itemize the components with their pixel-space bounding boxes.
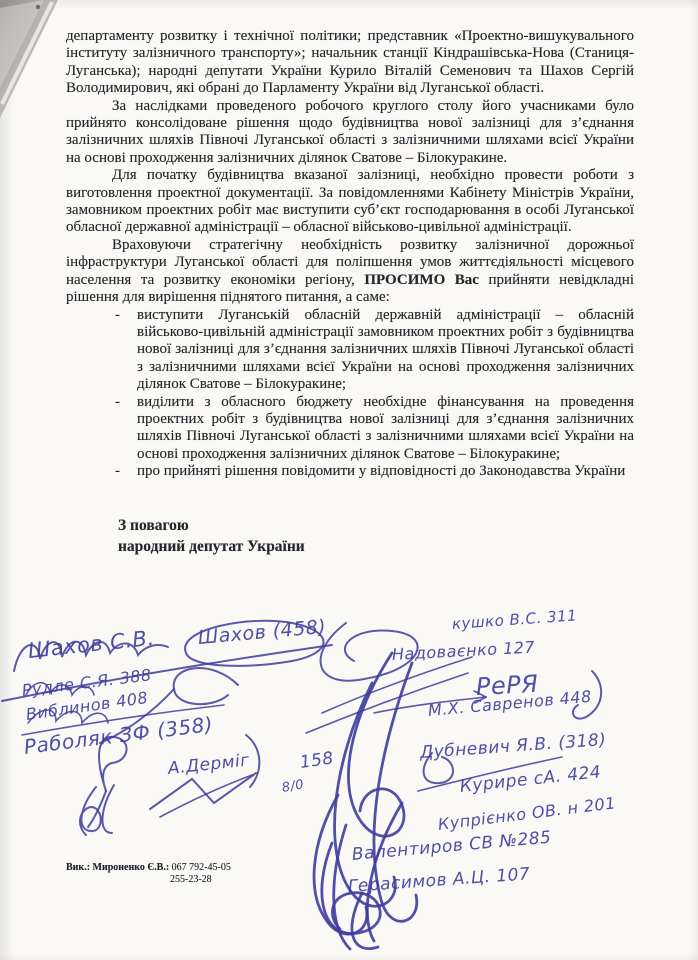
paragraph-decision: За наслідками проведеного робочого кругл… <box>66 98 634 168</box>
list-dash: - <box>115 394 137 464</box>
signatures-layer: Шахов С.В.Шахов (458)Рудле С.Я. 388Вибли… <box>0 595 698 960</box>
paragraph-documentation: Для початку будівництва вказаної залізни… <box>66 167 634 237</box>
scanned-document-page: департаменту розвитку і технічної політи… <box>0 0 698 960</box>
paragraph-request: Враховуючи стратегічну необхідність розв… <box>66 237 634 307</box>
list-dash: - <box>115 463 137 480</box>
page-fold-artifact <box>0 0 72 126</box>
list-item: - виступити Луганській обласній державні… <box>115 307 634 394</box>
request-list: - виступити Луганській обласній державні… <box>66 307 634 481</box>
closing-title: народний депутат України <box>118 536 634 557</box>
closing-block: З повагою народний депутат України <box>118 515 634 557</box>
list-item-text: про прийняті рішення повідомити у відпов… <box>137 463 634 480</box>
paragraph-continuation: департаменту розвитку і технічної політи… <box>66 28 634 98</box>
list-item-text: виступити Луганській обласній державній … <box>137 307 634 394</box>
request-emphasis-text: ПРОСИМО Вас <box>364 272 479 288</box>
list-item: - виділити з обласного бюджету необхідне… <box>115 394 634 464</box>
closing-salutation: З повагою <box>118 515 634 536</box>
list-dash: - <box>115 307 137 394</box>
list-item-text: виділити з обласного бюджету необхідне ф… <box>137 394 634 464</box>
document-body: департаменту розвитку і технічної політи… <box>66 28 634 557</box>
fold-graphic <box>0 0 72 126</box>
list-item: - про прийняті рішення повідомити у відп… <box>115 463 634 480</box>
